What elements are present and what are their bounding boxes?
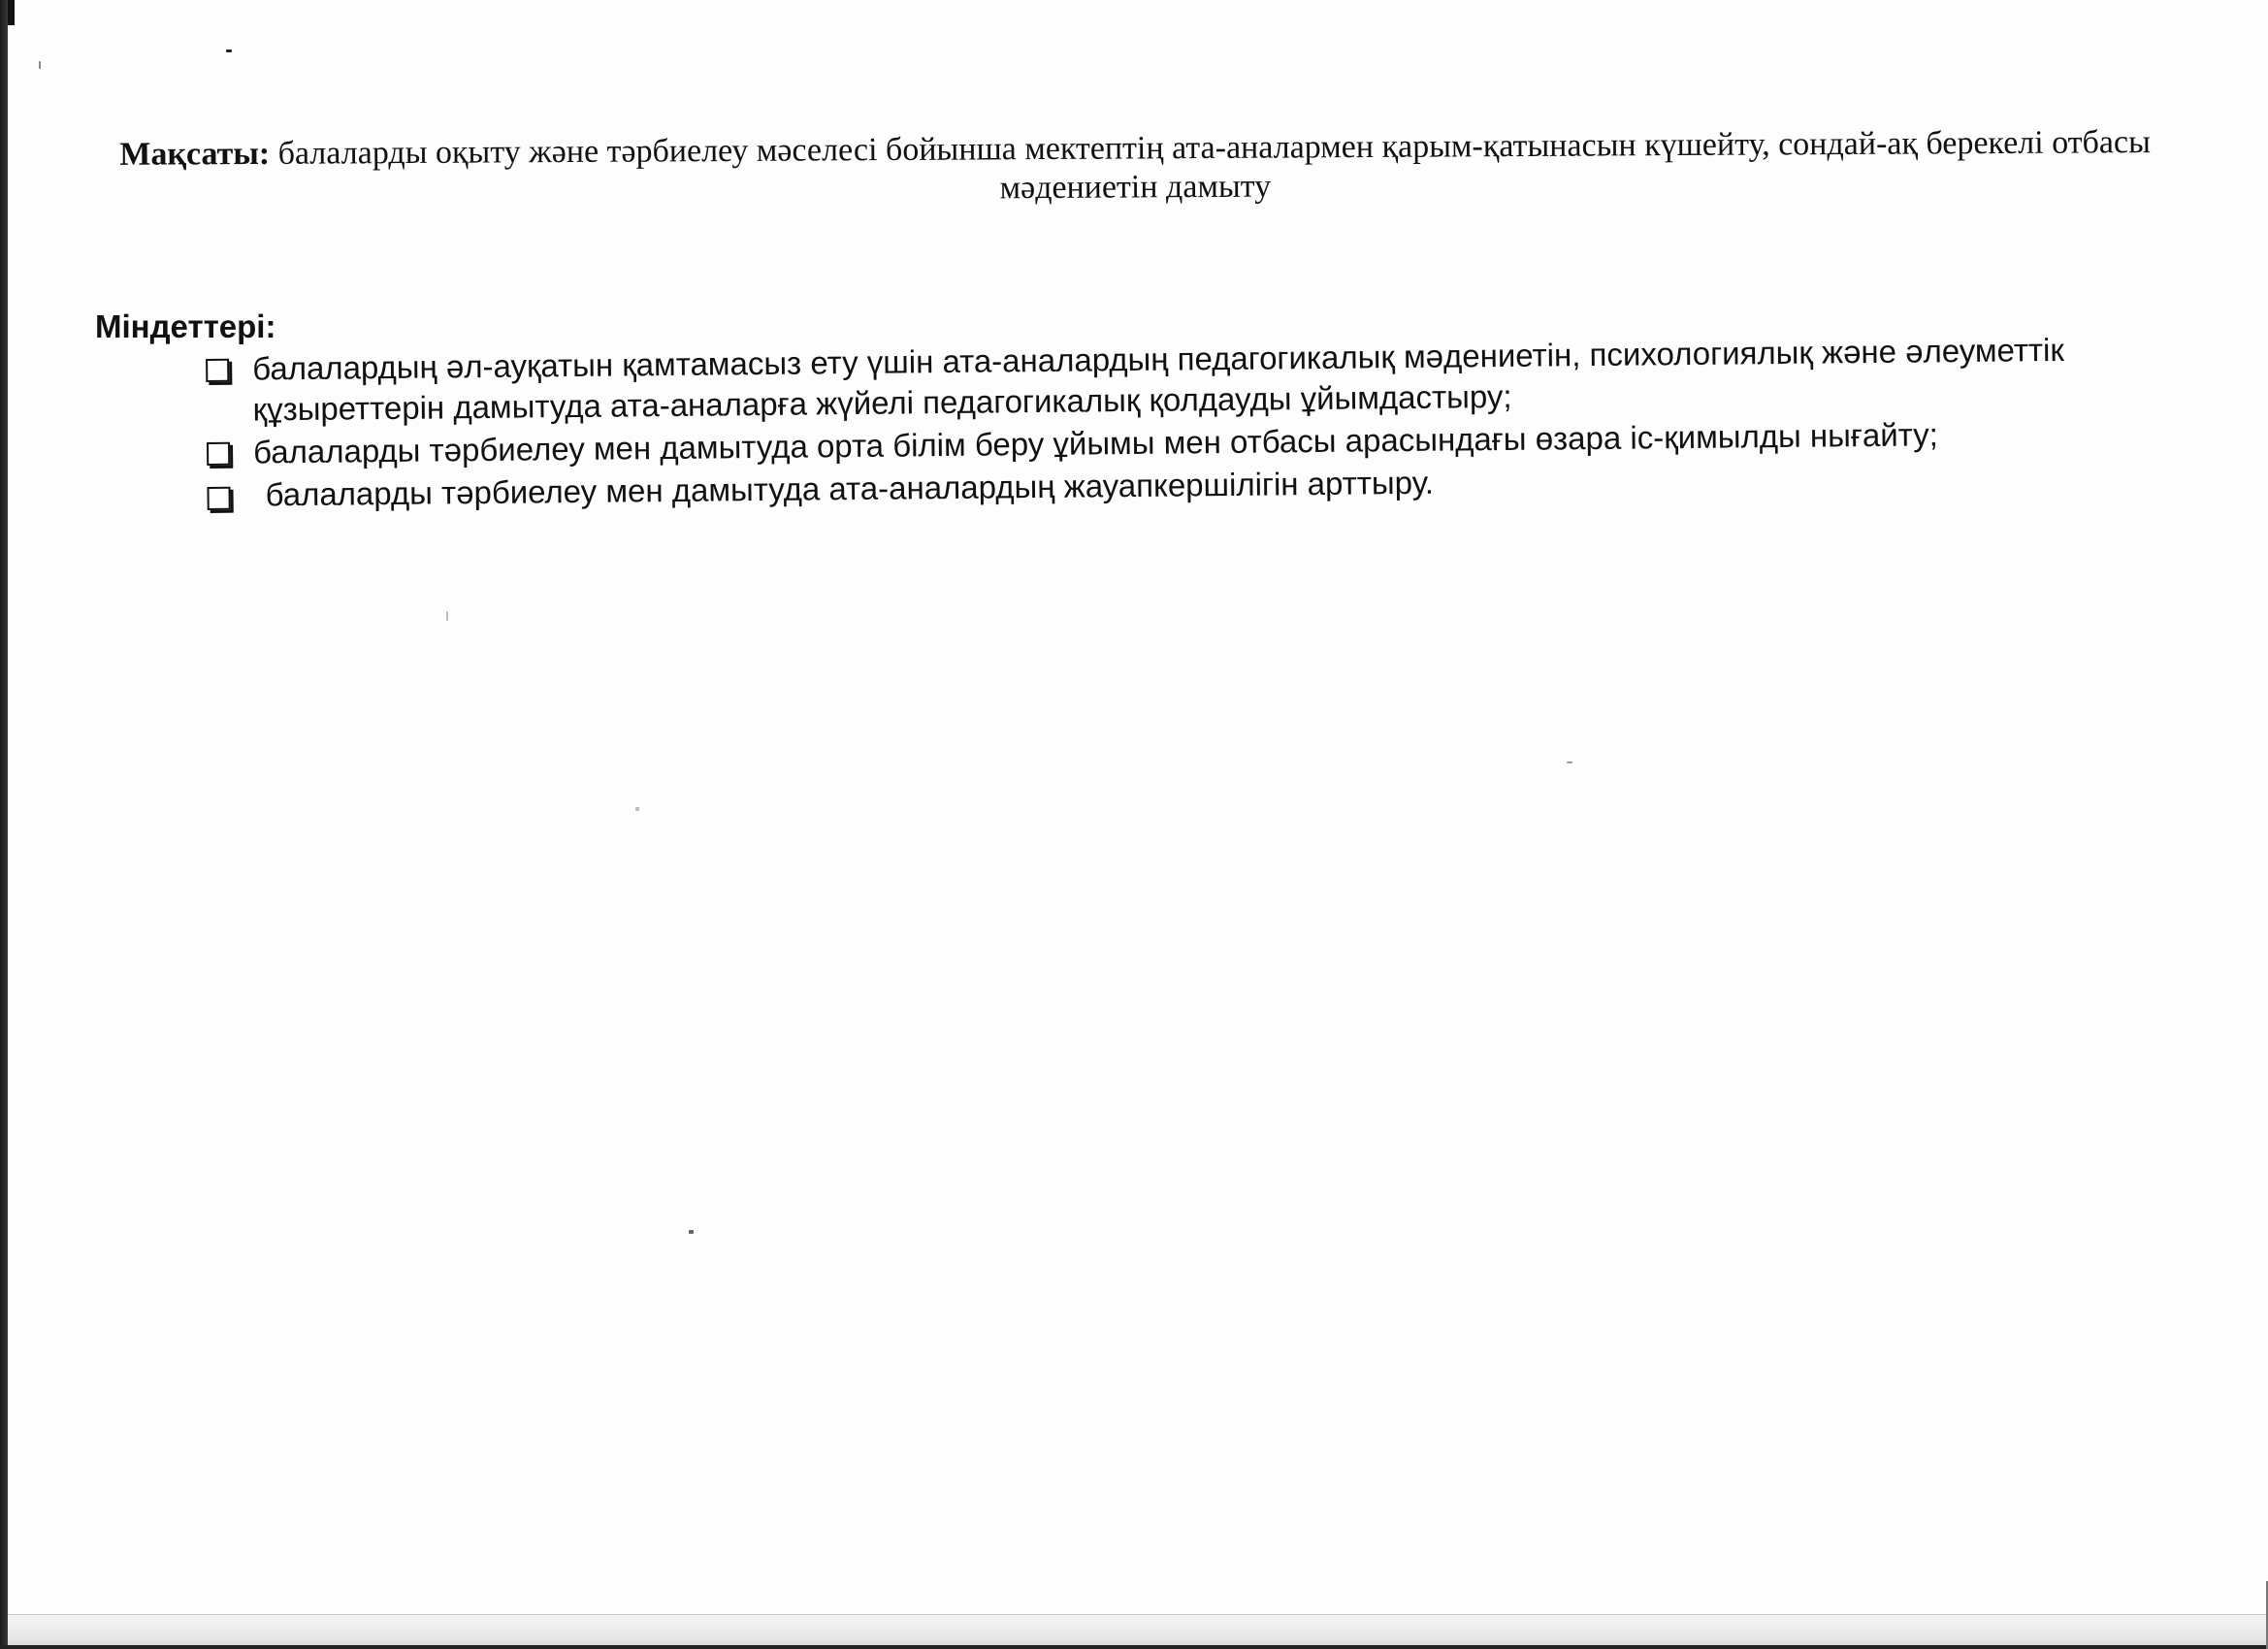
scan-bottom-strip: [8, 1614, 2268, 1649]
goal-text: балаларды оқыту және тәрбиелеу мәселесі …: [270, 124, 2151, 206]
scan-speck: [635, 807, 639, 811]
goal-paragraph: Мақсаты: балаларды оқыту және тәрбиелеу …: [97, 123, 2173, 213]
scan-corner-mark: [8, 0, 15, 25]
scanned-page: Мақсаты: балаларды оқыту және тәрбиелеу …: [0, 0, 2268, 1649]
tasks-heading: Міндеттері:: [95, 308, 275, 345]
scan-speck: [1567, 761, 1572, 763]
tasks-list: балалардың әл-ауқатын қамтамасыз ету үші…: [204, 329, 2146, 516]
scan-speck: [39, 61, 41, 69]
scan-speck: [446, 611, 448, 621]
checkbox-icon: [207, 442, 230, 466]
checkbox-icon: [207, 487, 230, 510]
scan-speck: [226, 49, 232, 52]
scan-bottom-edge: [0, 1645, 2268, 1649]
scan-speck: [689, 1230, 694, 1234]
checkbox-icon: [206, 359, 229, 382]
task-text: балалардың әл-ауқатын қамтамасыз ету үші…: [252, 332, 2064, 428]
goal-label: Мақсаты:: [119, 136, 270, 173]
task-text: балаларды тәрбиелеу мен дамытуда ата-ана…: [265, 465, 1434, 513]
scan-left-border: [0, 0, 8, 1649]
